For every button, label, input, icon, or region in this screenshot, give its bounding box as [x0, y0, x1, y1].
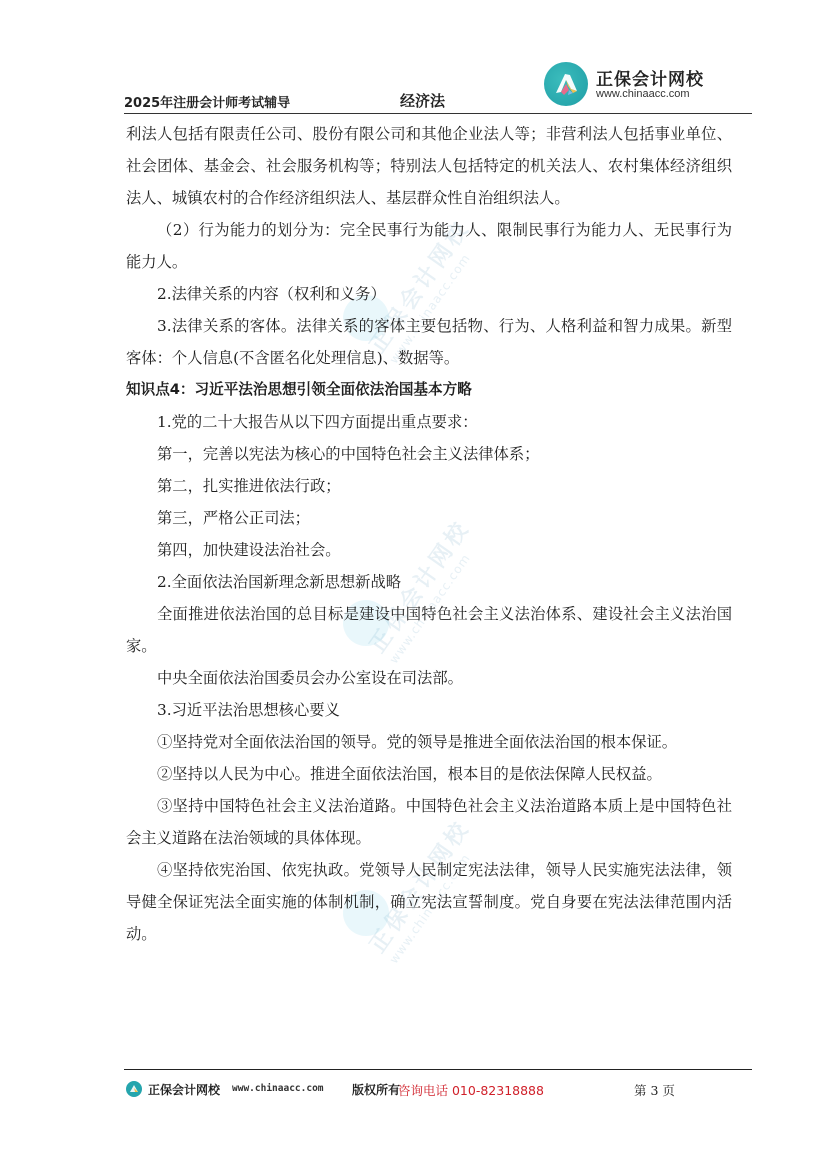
footer-copyright: 版权所有: [352, 1081, 400, 1098]
page-number: 第 3 页: [634, 1081, 675, 1099]
list-item: 第三，严格公正司法；: [126, 502, 732, 534]
section-heading: 知识点4：习近平法治思想引领全面依法治国基本方略: [126, 374, 732, 406]
footer-divider: [124, 1069, 752, 1070]
list-item: ④坚持依宪治国、依宪执政。党领导人民制定宪法法律，领导人民实施宪法法律，领导健全…: [126, 854, 732, 950]
chinaacc-logo-icon: [544, 62, 588, 106]
paragraph-report: 1.党的二十大报告从以下四方面提出重点要求：: [126, 406, 732, 438]
list-item: 第二，扎实推进依法行政；: [126, 470, 732, 502]
paragraph-goal: 全面推进依法治国的总目标是建设中国特色社会主义法治体系、建设社会主义法治国家。: [126, 598, 732, 662]
brand-logo: 正保会计网校 www.chinaacc.com: [544, 62, 754, 106]
document-page: 2025年注册会计师考试辅导 经济法 正保会计网校 www.chinaacc.c…: [0, 0, 827, 1170]
page-footer: 正保会计网校 www.chinaacc.com 版权所有 咨询电话 010-82…: [126, 1079, 752, 1101]
list-item: ②坚持以人民为中心。推进全面依法治国，根本目的是依法保障人民权益。: [126, 758, 732, 790]
paragraph-capacity: （2）行为能力的划分为：完全民事行为能力人、限制民事行为能力人、无民事行为能力人…: [126, 214, 732, 278]
course-title: 2025年注册会计师考试辅导: [124, 92, 290, 111]
subheading: 2.全面依法治国新理念新思想新战略: [126, 566, 732, 598]
document-body: 利法人包括有限责任公司、股份有限公司和其他企业法人等；非营利法人包括事业单位、社…: [126, 118, 732, 950]
paragraph-object: 3.法律关系的客体。法律关系的客体主要包括物、行为、人格利益和智力成果。新型客体…: [126, 310, 732, 374]
footer-url: www.chinaacc.com: [232, 1083, 324, 1094]
brand-name: 正保会计网校: [596, 65, 704, 90]
paragraph-office: 中央全面依法治国委员会办公室设在司法部。: [126, 662, 732, 694]
page-header: 2025年注册会计师考试辅导 经济法 正保会计网校 www.chinaacc.c…: [124, 58, 752, 114]
header-divider: [124, 113, 752, 114]
list-item: ①坚持党对全面依法治国的领导。党的领导是推进全面依法治国的根本保证。: [126, 726, 732, 758]
footer-brand: 正保会计网校: [148, 1081, 220, 1098]
subheading: 3.习近平法治思想核心要义: [126, 694, 732, 726]
paragraph-legal-persons: 利法人包括有限责任公司、股份有限公司和其他企业法人等；非营利法人包括事业单位、社…: [126, 118, 732, 214]
brand-url: www.chinaacc.com: [596, 88, 690, 100]
list-item: 第一，完善以宪法为核心的中国特色社会主义法律体系；: [126, 438, 732, 470]
list-item: 第四，加快建设法治社会。: [126, 534, 732, 566]
paragraph-content: 2.法律关系的内容（权利和义务）: [126, 278, 732, 310]
chinaacc-logo-icon: [126, 1081, 142, 1097]
list-item: ③坚持中国特色社会主义法治道路。中国特色社会主义法治道路本质上是中国特色社会主义…: [126, 790, 732, 854]
subject-title: 经济法: [400, 90, 445, 111]
footer-hotline: 咨询电话 010-82318888: [398, 1081, 544, 1099]
